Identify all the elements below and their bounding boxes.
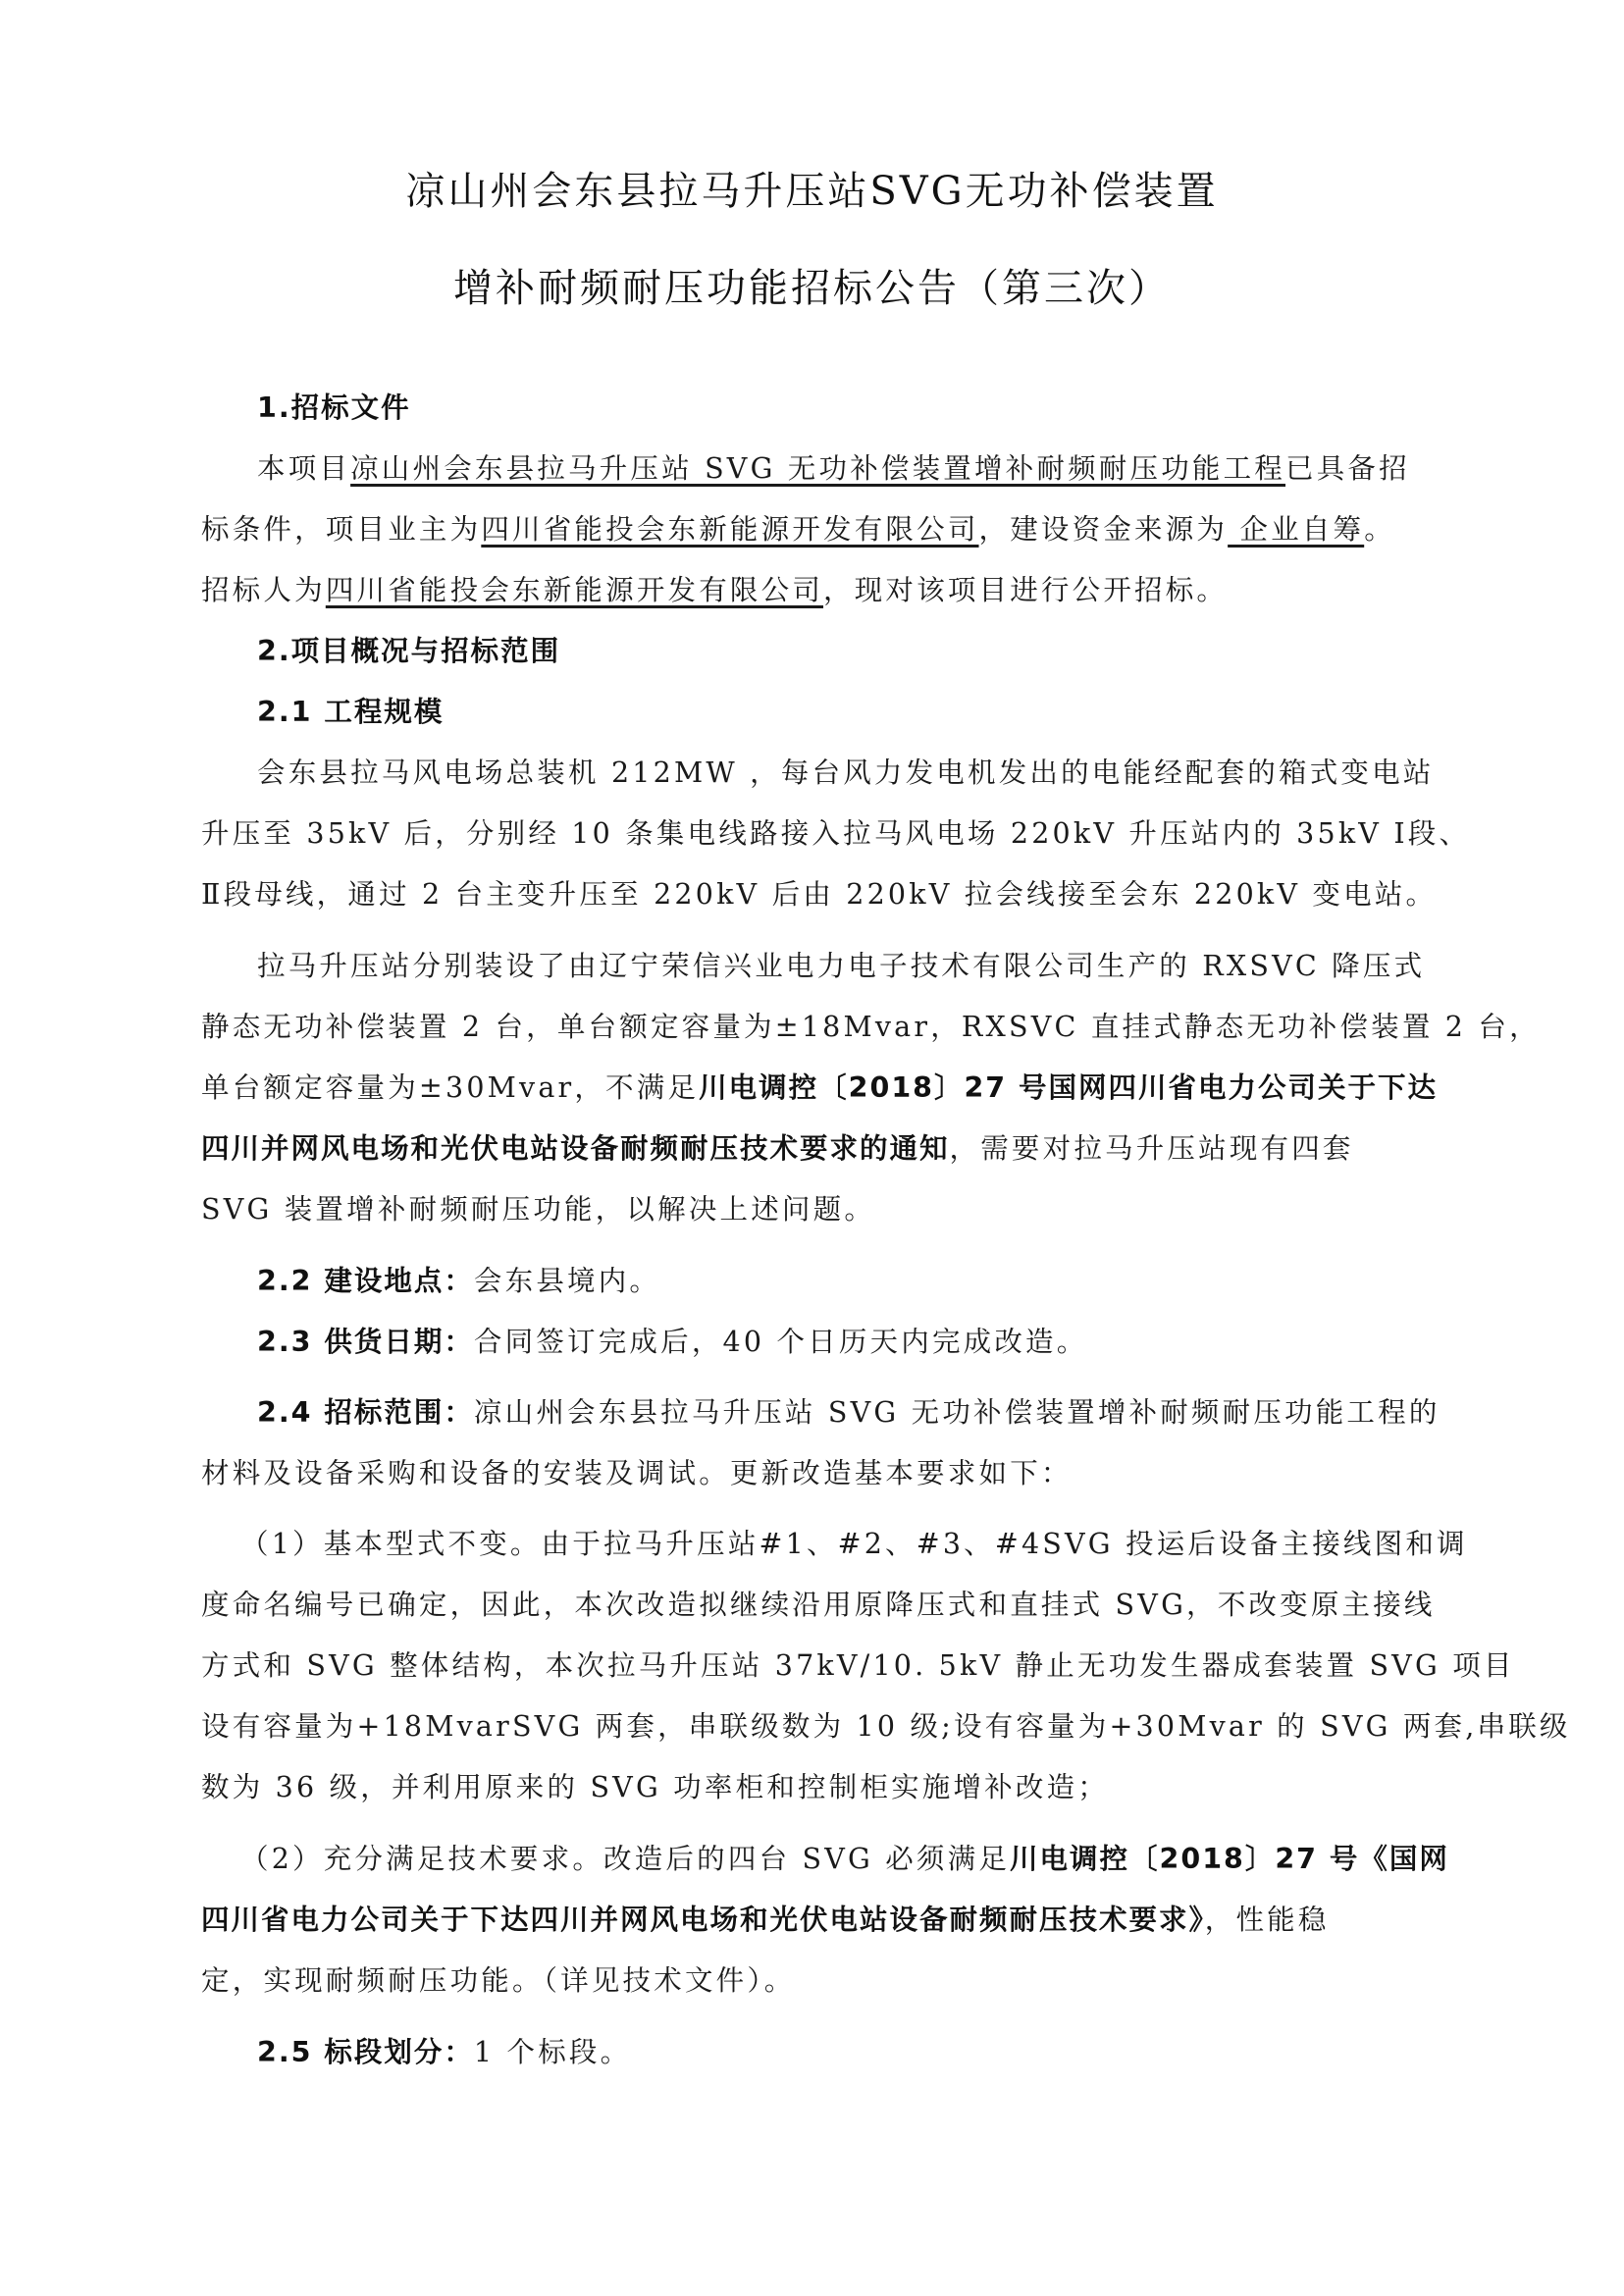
document-title-line-2: 增补耐频耐压功能招标公告（第三次） <box>0 257 1624 313</box>
paragraph-line: 静态无功补偿装置 2 台，单台额定容量为±18Mvar，RXSVC 直挂式静态无… <box>201 1005 1472 1045</box>
section-heading-1: 1.招标文件 <box>257 386 1528 426</box>
regulation-reference-bold: 四川并网风电场和光伏电站设备耐频耐压技术要求的通知 <box>201 1132 950 1165</box>
paragraph-line: SVG 装置增补耐频耐压功能，以解决上述问题。 <box>201 1187 1472 1227</box>
list-item-2-line: （2）充分满足技术要求。改造后的四台 SVG 必须满足川电调控〔2018〕27 … <box>240 1837 1511 1877</box>
text: 单台额定容量为±30Mvar，不满足 <box>201 1071 699 1104</box>
regulation-reference-bold: 四川省电力公司关于下达四川并网风电场和光伏电站设备耐频耐压技术要求》 <box>201 1904 1205 1936</box>
paragraph-line: Ⅱ段母线，通过 2 台主变升压至 220kV 后由 220kV 拉会线接至会东 … <box>201 872 1472 913</box>
text: 已具备招 <box>1285 452 1410 485</box>
subsection-value: 1 个标段。 <box>474 2036 631 2068</box>
project-owner-underlined: 四川省能投会东新能源开发有限公司 <box>481 513 978 546</box>
regulation-reference-bold: 川电调控〔2018〕27 号国网四川省电力公司关于下达 <box>699 1071 1438 1104</box>
paragraph-line: 本项目凉山州会东县拉马升压站 SVG 无功补偿装置增补耐频耐压功能工程已具备招 <box>257 446 1528 487</box>
subsection-label: 2.3 供货日期： <box>257 1326 474 1358</box>
text: ，建设资金来源为 <box>979 513 1229 546</box>
tenderer-underlined: 四川省能投会东新能源开发有限公司 <box>326 574 823 606</box>
paragraph-line: 单台额定容量为±30Mvar，不满足川电调控〔2018〕27 号国网四川省电力公… <box>201 1066 1472 1106</box>
paragraph-line: 招标人为四川省能投会东新能源开发有限公司，现对该项目进行公开招标。 <box>201 568 1472 608</box>
subsection-label: 2.2 建设地点： <box>257 1265 474 1297</box>
document-page: 凉山州会东县拉马升压站SVG无功补偿装置 增补耐频耐压功能招标公告（第三次） 1… <box>0 0 1624 2296</box>
regulation-reference-bold: 川电调控〔2018〕27 号《国网 <box>1010 1843 1449 1875</box>
subsection-heading-2-1: 2.1 工程规模 <box>257 690 1528 730</box>
subsection-2-5: 2.5 标段划分：1 个标段。 <box>257 2030 1528 2070</box>
list-item-1-line: 数为 36 级，并利用原来的 SVG 功率柜和控制柜实施增补改造； <box>201 1765 1472 1805</box>
subsection-label: 2.5 标段划分： <box>257 2036 474 2068</box>
subsection-2-2: 2.2 建设地点：会东县境内。 <box>257 1259 1528 1299</box>
list-item-1-line: 设有容量为+18MvarSVG 两套，串联级数为 10 级;设有容量为+30Mv… <box>201 1704 1472 1745</box>
document-title-line-1: 凉山州会东县拉马升压站SVG无功补偿装置 <box>0 160 1624 216</box>
subsection-2-4: 2.4 招标范围：凉山州会东县拉马升压站 SVG 无功补偿装置增补耐频耐压功能工… <box>257 1390 1528 1431</box>
text: ，现对该项目进行公开招标。 <box>823 574 1228 606</box>
text: 本项目 <box>257 452 350 485</box>
text: 招标人为 <box>201 574 326 606</box>
list-item-2-line: 四川省电力公司关于下达四川并网风电场和光伏电站设备耐频耐压技术要求》，性能稳 <box>201 1898 1472 1938</box>
paragraph-line: 标条件，项目业主为四川省能投会东新能源开发有限公司，建设资金来源为 企业自筹。 <box>201 507 1472 548</box>
text: 标条件，项目业主为 <box>201 513 481 546</box>
text: ，需要对拉马升压站现有四套 <box>950 1132 1354 1165</box>
paragraph-line: 升压至 35kV 后，分别经 10 条集电线路接入拉马风电场 220kV 升压站… <box>201 811 1472 852</box>
subsection-value: 合同签订完成后，40 个日历天内完成改造。 <box>474 1326 1088 1358</box>
section-heading-2: 2.项目概况与招标范围 <box>257 629 1528 669</box>
subsection-value: 凉山州会东县拉马升压站 SVG 无功补偿装置增补耐频耐压功能工程的 <box>474 1396 1441 1429</box>
paragraph-line: 会东县拉马风电场总装机 212MW ，每台风力发电机发出的电能经配套的箱式变电站 <box>257 751 1528 791</box>
text: ，性能稳 <box>1205 1904 1330 1936</box>
project-name-underlined: 凉山州会东县拉马升压站 SVG 无功补偿装置增补耐频耐压功能工程 <box>350 452 1285 485</box>
subsection-value: 会东县境内。 <box>474 1265 660 1297</box>
paragraph-line: 拉马升压站分别装设了由辽宁荣信兴业电力电子技术有限公司生产的 RXSVC 降压式 <box>257 944 1528 984</box>
list-item-1-line: 度命名编号已确定，因此，本次改造拟继续沿用原降压式和直挂式 SVG，不改变原主接… <box>201 1583 1472 1623</box>
list-item-1-line: 方式和 SVG 整体结构，本次拉马升压站 37kV/10. 5kV 静止无功发生… <box>201 1644 1472 1684</box>
subsection-label: 2.4 招标范围： <box>257 1396 474 1429</box>
text: 。 <box>1364 513 1395 546</box>
list-item-2-line: 定，实现耐频耐压功能。（详见技术文件）。 <box>201 1958 1472 1999</box>
list-item-1-line: （1）基本型式不变。由于拉马升压站#1、#2、#3、#4SVG 投运后设备主接线… <box>240 1522 1511 1562</box>
subsection-2-3: 2.3 供货日期：合同签订完成后，40 个日历天内完成改造。 <box>257 1320 1528 1360</box>
funding-source-underlined: 企业自筹 <box>1228 513 1364 546</box>
paragraph-line: 四川并网风电场和光伏电站设备耐频耐压技术要求的通知，需要对拉马升压站现有四套 <box>201 1126 1472 1167</box>
paragraph-line: 材料及设备采购和设备的安装及调试。更新改造基本要求如下： <box>201 1451 1472 1491</box>
text: （2）充分满足技术要求。改造后的四台 SVG 必须满足 <box>240 1843 1010 1875</box>
